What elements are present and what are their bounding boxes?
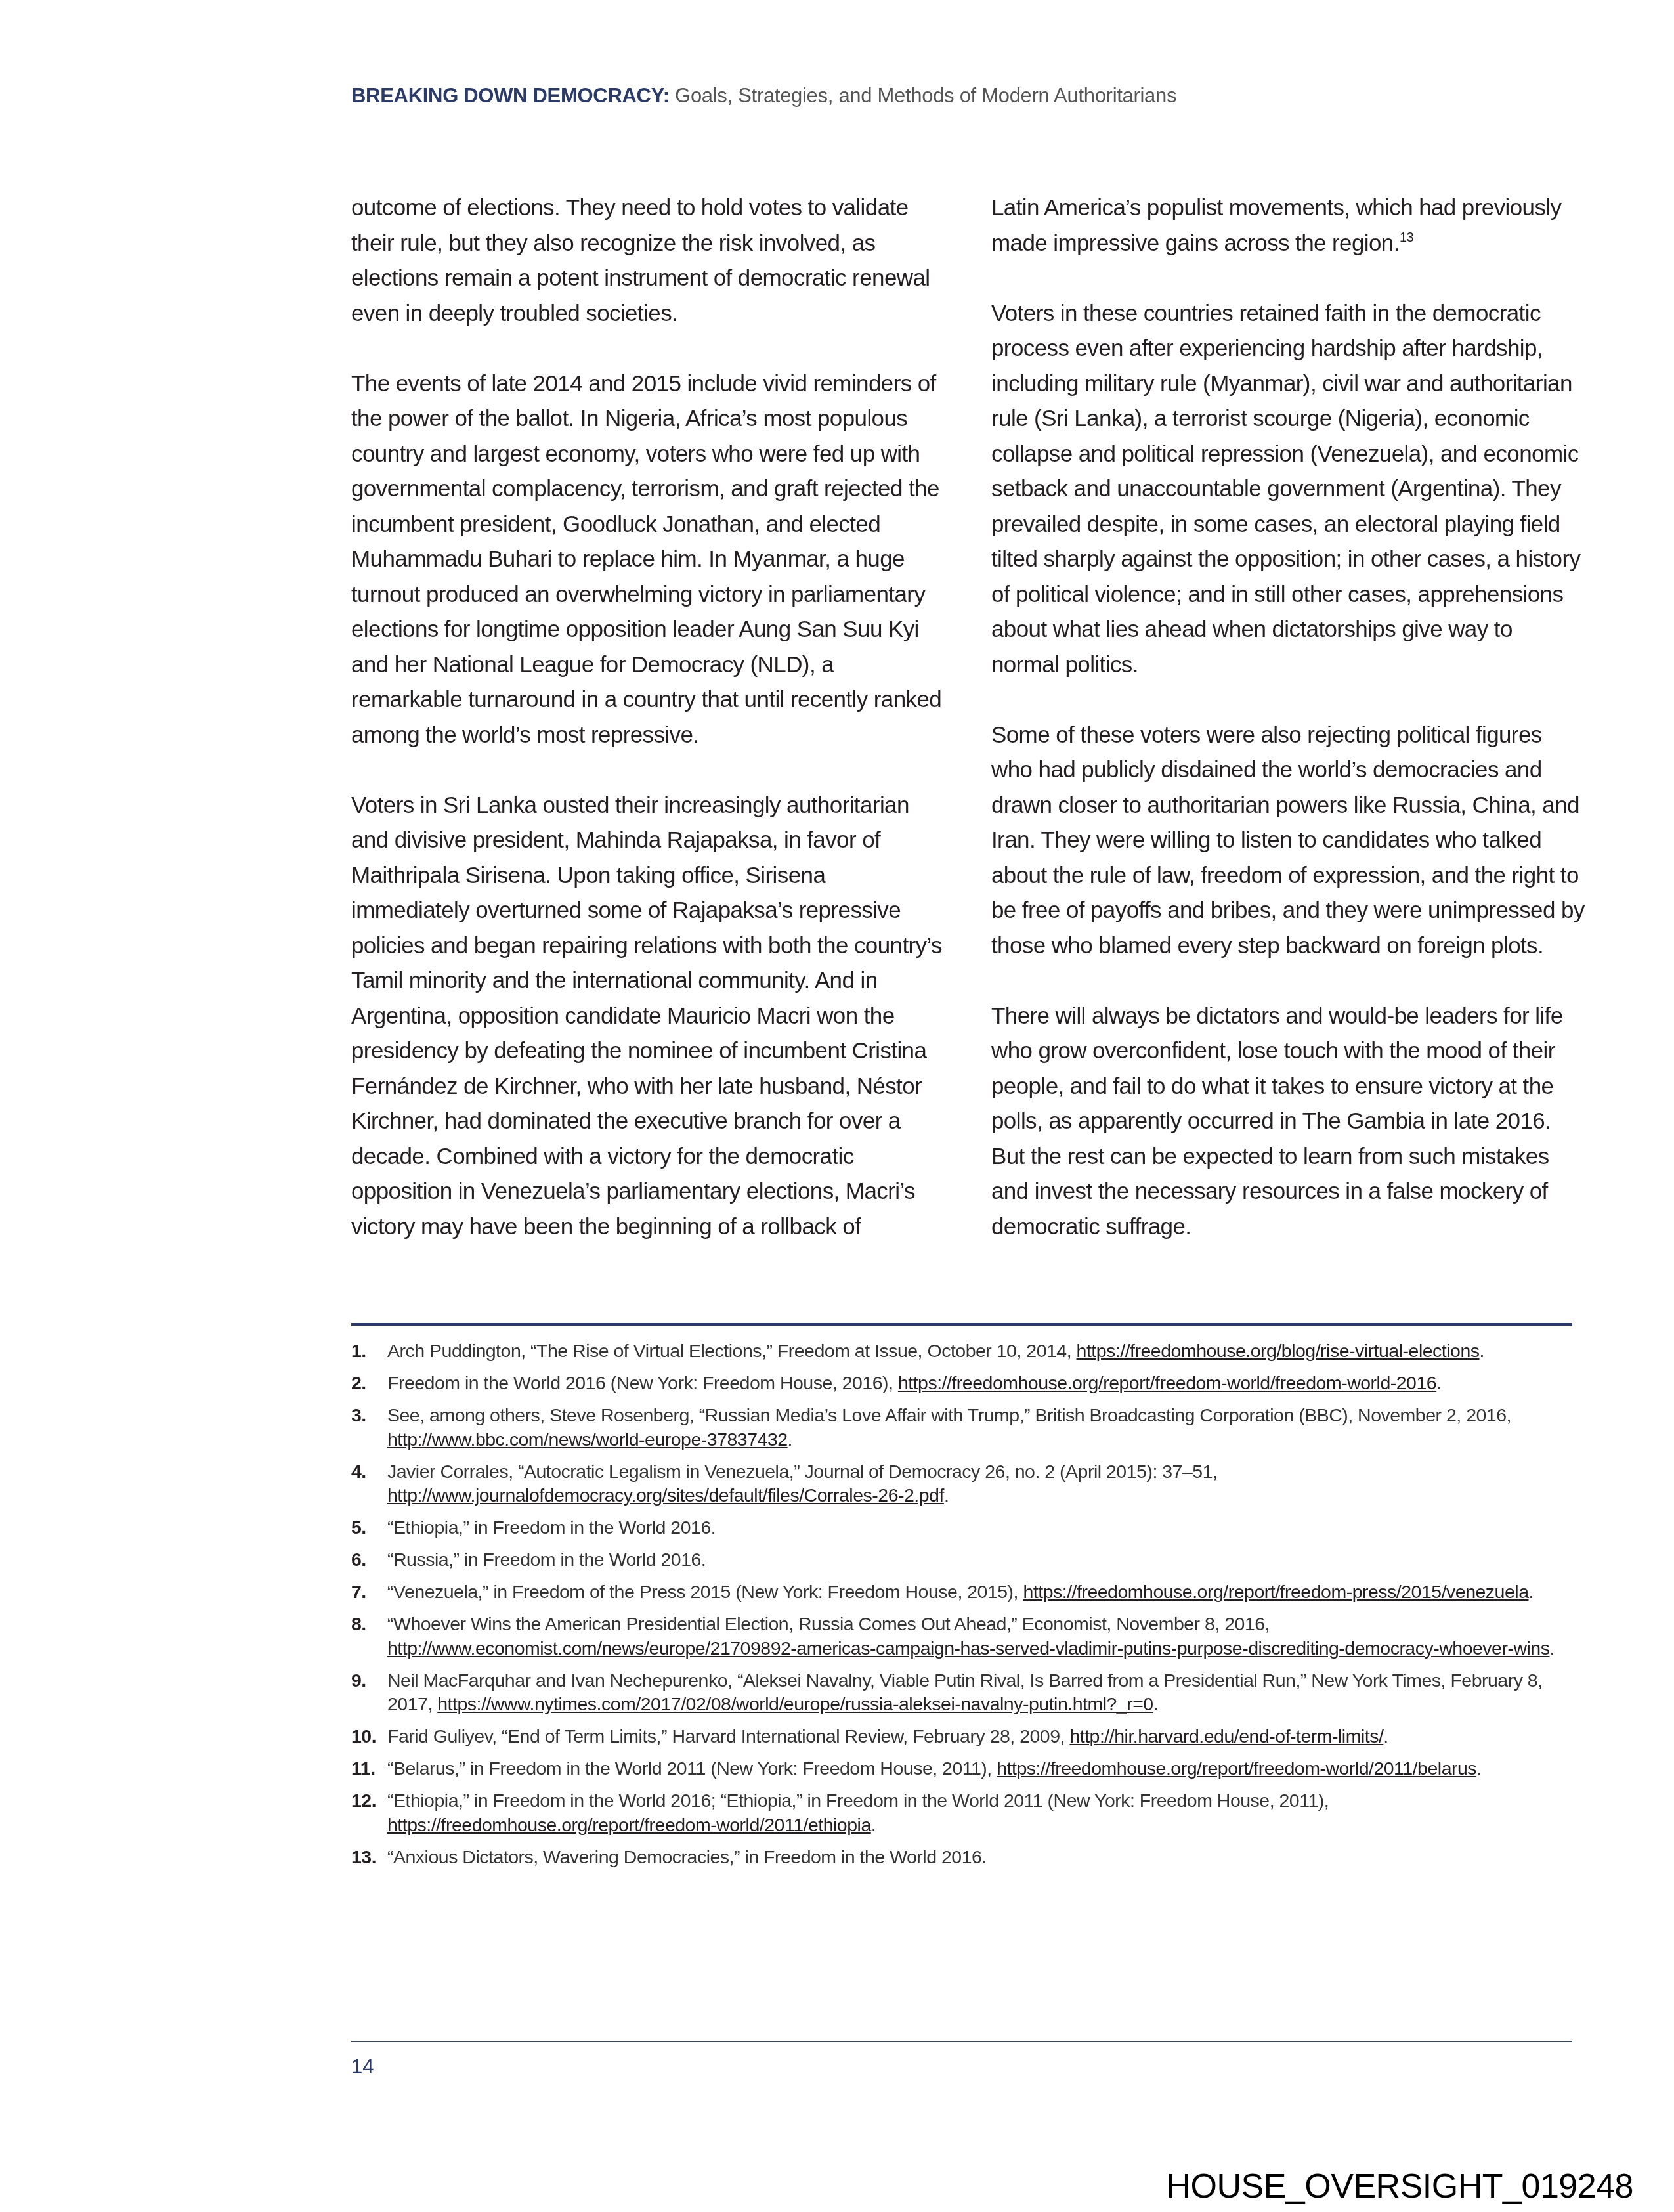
footnote-tail: . xyxy=(788,1429,792,1450)
footnote-item: 5.“Ethiopia,” in Freedom in the World 20… xyxy=(351,1516,1572,1540)
footnotes-list: 1.Arch Puddington, “The Rise of Virtual … xyxy=(351,1339,1572,1878)
footnote-text: Farid Guliyev, “End of Term Limits,” Har… xyxy=(387,1726,1069,1747)
footnote-number: 10. xyxy=(351,1725,376,1749)
footnote-link[interactable]: https://freedomhouse.org/blog/rise-virtu… xyxy=(1077,1341,1480,1362)
footnote-link[interactable]: http://www.economist.com/news/europe/217… xyxy=(387,1638,1549,1659)
footnote-tail: . xyxy=(1436,1373,1441,1394)
footnote-link[interactable]: https://freedomhouse.org/report/freedom-… xyxy=(387,1815,871,1836)
footnote-text: “Anxious Dictators, Wavering Democracies… xyxy=(387,1847,987,1868)
footnote-number: 12. xyxy=(351,1789,376,1813)
body-left-column: outcome of elections. They need to hold … xyxy=(351,190,945,1280)
footnote-item: 4.Javier Corrales, “Autocratic Legalism … xyxy=(351,1460,1572,1508)
footnote-text: “Belarus,” in Freedom in the World 2011 … xyxy=(387,1758,997,1779)
footnote-item: 9.Neil MacFarquhar and Ivan Nechepurenko… xyxy=(351,1669,1572,1717)
footnote-link[interactable]: https://freedomhouse.org/report/freedom-… xyxy=(898,1373,1436,1394)
footnote-link[interactable]: https://www.nytimes.com/2017/02/08/world… xyxy=(437,1694,1153,1715)
paragraph: Some of these voters were also rejecting… xyxy=(991,718,1585,964)
footnote-item: 6.“Russia,” in Freedom in the World 2016… xyxy=(351,1548,1572,1572)
footnote-tail: . xyxy=(871,1815,876,1836)
footnote-text: “Whoever Wins the American Presidential … xyxy=(387,1614,1270,1635)
footnote-item: 7.“Venezuela,” in Freedom of the Press 2… xyxy=(351,1580,1572,1605)
footnote-item: 13.“Anxious Dictators, Wavering Democrac… xyxy=(351,1846,1572,1870)
footnote-item: 3.See, among others, Steve Rosenberg, “R… xyxy=(351,1404,1572,1452)
footnote-tail: . xyxy=(1480,1341,1484,1362)
footnote-link[interactable]: http://www.bbc.com/news/world-europe-378… xyxy=(387,1429,788,1450)
footnote-number: 9. xyxy=(351,1669,366,1693)
paragraph: Voters in these countries retained faith… xyxy=(991,296,1585,683)
footnote-tail: . xyxy=(944,1485,949,1506)
paragraph: There will always be dictators and would… xyxy=(991,999,1585,1245)
footnote-tail: . xyxy=(1476,1758,1481,1779)
footnote-item: 11.“Belarus,” in Freedom in the World 20… xyxy=(351,1757,1572,1781)
footnote-number: 8. xyxy=(351,1613,366,1637)
running-header-title: BREAKING DOWN DEMOCRACY: xyxy=(351,84,670,107)
running-header-subtitle: Goals, Strategies, and Methods of Modern… xyxy=(670,84,1176,107)
footnote-link[interactable]: http://www.journalofdemocracy.org/sites/… xyxy=(387,1485,944,1506)
footnote-item: 2.Freedom in the World 2016 (New York: F… xyxy=(351,1372,1572,1396)
footnote-text: Arch Puddington, “The Rise of Virtual El… xyxy=(387,1341,1077,1362)
footnote-link[interactable]: http://hir.harvard.edu/end-of-term-limit… xyxy=(1069,1726,1383,1747)
footnote-item: 8.“Whoever Wins the American Presidentia… xyxy=(351,1613,1572,1660)
paragraph-text: Latin America’s populist movements, whic… xyxy=(991,195,1561,256)
paragraph: outcome of elections. They need to hold … xyxy=(351,190,945,331)
footnote-number: 13. xyxy=(351,1846,376,1870)
footnote-item: 12.“Ethiopia,” in Freedom in the World 2… xyxy=(351,1789,1572,1837)
footnote-link[interactable]: https://freedomhouse.org/report/freedom-… xyxy=(997,1758,1476,1779)
footer-divider xyxy=(351,2041,1572,2042)
footnote-text: “Ethiopia,” in Freedom in the World 2016… xyxy=(387,1517,716,1538)
footnote-reference[interactable]: 13 xyxy=(1400,230,1413,245)
footnote-tail: . xyxy=(1383,1726,1388,1747)
paragraph: The events of late 2014 and 2015 include… xyxy=(351,366,945,753)
bates-stamp: HOUSE_OVERSIGHT_019248 xyxy=(1166,2167,1633,2206)
footnote-number: 5. xyxy=(351,1516,366,1540)
footnote-tail: . xyxy=(1153,1694,1158,1715)
footnote-text: “Venezuela,” in Freedom of the Press 201… xyxy=(387,1582,1023,1603)
paragraph: Voters in Sri Lanka ousted their increas… xyxy=(351,788,945,1245)
running-header: BREAKING DOWN DEMOCRACY: Goals, Strategi… xyxy=(351,84,1176,108)
body-right-column: Latin America’s populist movements, whic… xyxy=(991,190,1585,1280)
footnote-number: 2. xyxy=(351,1372,366,1396)
footnote-number: 11. xyxy=(351,1757,376,1781)
footnote-tail: . xyxy=(1529,1582,1534,1603)
paragraph: Latin America’s populist movements, whic… xyxy=(991,190,1585,261)
footnote-text: “Ethiopia,” in Freedom in the World 2016… xyxy=(387,1790,1329,1811)
footnote-item: 1.Arch Puddington, “The Rise of Virtual … xyxy=(351,1339,1572,1364)
footnote-text: Freedom in the World 2016 (New York: Fre… xyxy=(387,1373,898,1394)
footnote-tail: . xyxy=(1549,1638,1554,1659)
footnote-text: See, among others, Steve Rosenberg, “Rus… xyxy=(387,1405,1511,1426)
footnote-text: Javier Corrales, “Autocratic Legalism in… xyxy=(387,1462,1217,1483)
footnote-link[interactable]: https://freedomhouse.org/report/freedom-… xyxy=(1023,1582,1528,1603)
footnote-number: 7. xyxy=(351,1580,366,1605)
footnote-number: 3. xyxy=(351,1404,366,1428)
footnote-number: 4. xyxy=(351,1460,366,1485)
page-number: 14 xyxy=(351,2055,374,2079)
footnote-text: “Russia,” in Freedom in the World 2016. xyxy=(387,1550,706,1571)
footnote-number: 1. xyxy=(351,1339,366,1364)
footnote-number: 6. xyxy=(351,1548,366,1572)
footnotes-divider xyxy=(351,1323,1572,1326)
footnote-item: 10.Farid Guliyev, “End of Term Limits,” … xyxy=(351,1725,1572,1749)
